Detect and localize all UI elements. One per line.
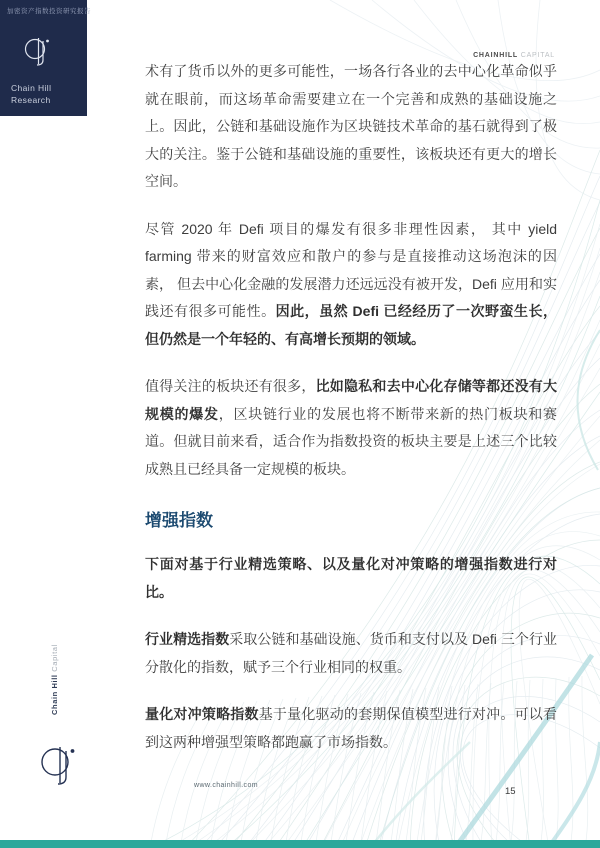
paragraph-4: 下面对基于行业精选策略、以及量化对冲策略的增强指数进行对比。	[145, 551, 557, 606]
paragraph-2: 尽管 2020 年 Defi 项目的爆发有很多非理性因素， 其中 yield f…	[145, 216, 557, 354]
paragraph-6: 量化对冲策略指数基于量化驱动的套期保值模型进行对冲。可以看到这两种增强型策略都跑…	[145, 701, 557, 756]
chainhill-logo-monogram-icon	[40, 744, 82, 790]
vertical-brand-secondary: Capital	[50, 644, 59, 672]
report-title: 加密资产指数投资研究报告	[7, 6, 83, 15]
sidebar-brand-block: 加密资产指数投资研究报告 Chain Hill Research	[0, 0, 87, 116]
report-page: 加密资产指数投资研究报告 Chain Hill Research CHAINHI…	[0, 0, 600, 848]
sidebar-brand-text: Chain Hill Research	[11, 82, 51, 106]
chainhill-logo-icon	[24, 36, 54, 70]
section-heading: 增强指数	[145, 509, 557, 533]
paragraph-5: 行业精选指数采取公链和基础设施、货币和支付以及 Defi 三个行业分散化的指数，…	[145, 626, 557, 681]
brand-line2: Research	[11, 94, 51, 106]
text-run-bold: 行业精选指数	[145, 631, 229, 647]
footer-website: www.chainhill.com	[194, 782, 258, 789]
document-body: 术有了货币以外的更多可能性，一场各行各业的去中心化革命似乎就在眼前，而这场革命需…	[145, 58, 557, 776]
footer-accent-bar	[0, 840, 600, 848]
text-run: 值得关注的板块还有很多，	[145, 378, 316, 394]
brand-line1: Chain Hill	[11, 82, 51, 94]
vertical-brand-text: Chain Hill Capital	[50, 595, 63, 715]
vertical-brand-primary: Chain Hill	[50, 674, 59, 715]
page-number: 15	[505, 786, 516, 797]
text-run: 术有了货币以外的更多可能性，一场各行各业的去中心化革命似乎就在眼前，而这场革命需…	[145, 63, 557, 189]
text-run-bold: 下面对基于行业精选策略、以及量化对冲策略的增强指数进行对比。	[145, 556, 557, 600]
paragraph-1: 术有了货币以外的更多可能性，一场各行各业的去中心化革命似乎就在眼前，而这场革命需…	[145, 58, 557, 196]
text-run-bold: 量化对冲策略指数	[145, 706, 259, 722]
paragraph-3: 值得关注的板块还有很多，比如隐私和去中心化存储等都还没有大规模的爆发，区块链行业…	[145, 373, 557, 483]
